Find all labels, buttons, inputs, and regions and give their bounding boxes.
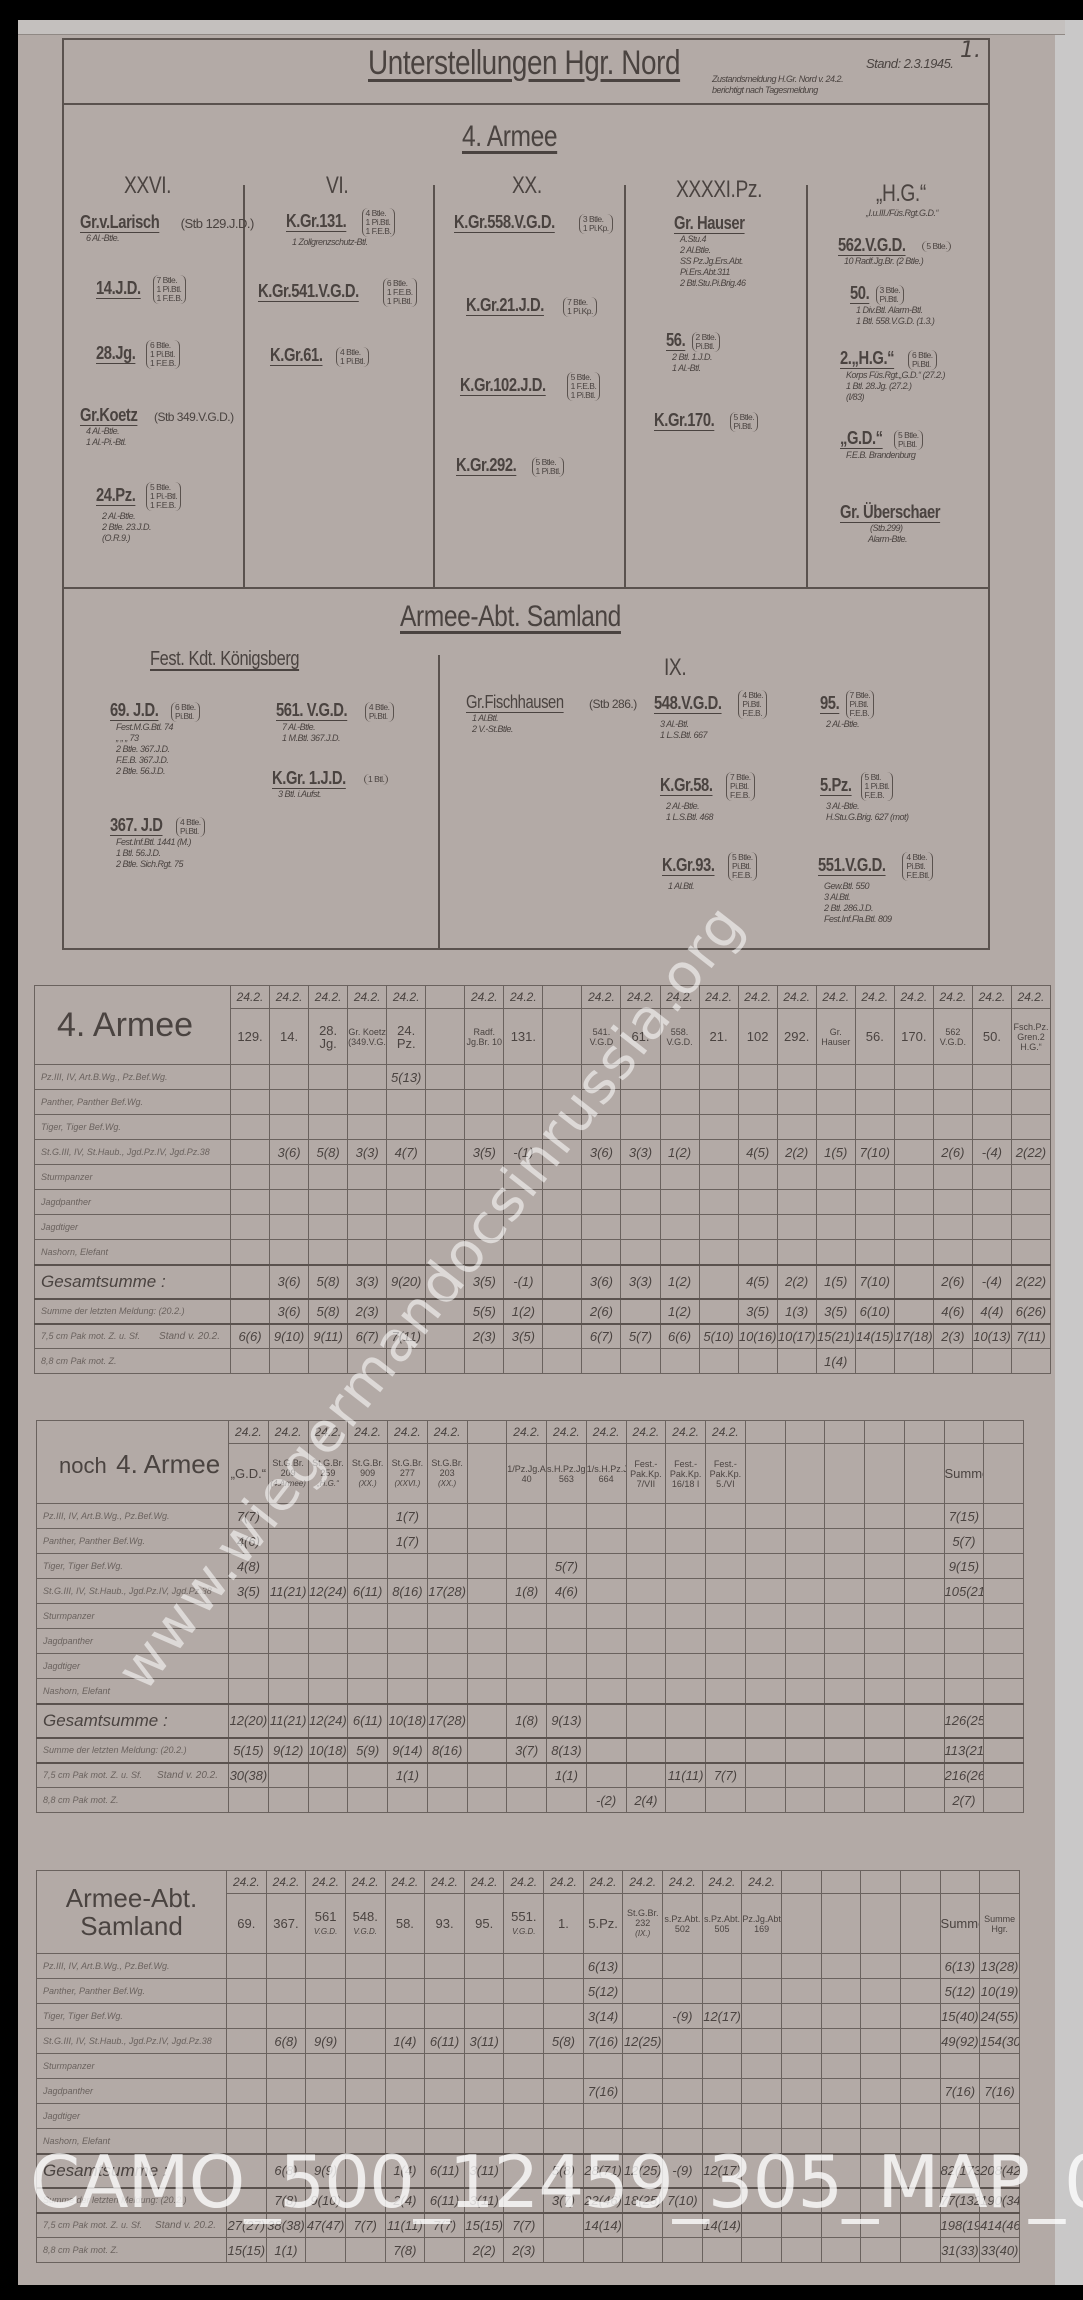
data-cell <box>547 1529 587 1554</box>
data-cell <box>699 1240 738 1265</box>
data-cell <box>229 1679 269 1704</box>
unit-entry: K.Gr.102.J.D.5 Btle.1 F.E.B.1 Pi.Btl. <box>460 372 600 401</box>
data-cell <box>738 1215 777 1240</box>
data-cell <box>821 1954 861 1979</box>
data-cell <box>865 1504 905 1529</box>
data-cell <box>464 2054 504 2079</box>
data-cell: 14(15) <box>855 1324 894 1349</box>
data-cell <box>861 2079 901 2104</box>
data-cell <box>984 1704 1024 1738</box>
data-cell <box>348 1788 388 1813</box>
data-cell: 3(5) <box>816 1299 855 1324</box>
data-cell <box>507 1654 547 1679</box>
column-header: Summe <box>940 1894 980 1954</box>
column-date: 24.2. <box>547 1421 587 1444</box>
table-row: 8,8 cm Pak mot. Z.15(15)1(1)7(8)2(2)2(3)… <box>37 2238 1020 2263</box>
unit-note: 7 Al.-Btle. <box>276 722 394 733</box>
row-label: Panther, Panther Bef.Wg. <box>41 1097 143 1107</box>
column-date: 24.2. <box>425 1871 465 1894</box>
unit-name: Gr.Koetz <box>80 405 137 426</box>
data-cell <box>266 2054 306 2079</box>
row-header: Summe der letzten Meldung: (20.2.) <box>37 1738 229 1763</box>
data-cell <box>821 2054 861 2079</box>
data-cell <box>547 1504 587 1529</box>
scan-ruler-strip <box>18 20 1065 35</box>
data-cell <box>231 1240 270 1265</box>
data-cell <box>904 1529 944 1554</box>
data-cell <box>309 1165 348 1190</box>
column-date: 24.2. <box>583 1871 623 1894</box>
unit-entry: „G.D.“5 Btle.Pi.Btl.F.E.B. Brandenburg <box>840 428 923 461</box>
data-cell <box>785 1704 825 1738</box>
data-cell: 1(7) <box>388 1504 428 1529</box>
data-cell <box>464 2004 504 2029</box>
column-date: 24.2. <box>1011 986 1050 1009</box>
data-cell: 11(21) <box>268 1579 308 1604</box>
bracket-line: F.E.Btl. <box>906 870 929 880</box>
data-cell <box>626 1554 666 1579</box>
data-cell <box>348 1240 387 1265</box>
unit-staff: (Stb 349.V.G.D.) <box>154 410 234 424</box>
data-cell <box>623 2004 663 2029</box>
bracket-line: Pi.Btl. <box>880 294 899 304</box>
data-cell <box>777 1090 816 1115</box>
data-cell <box>544 1979 584 2004</box>
row-header: Pz.III, IV, Art.B.Wg., Pz.Bef.Wg. <box>37 1504 229 1529</box>
data-cell <box>745 1629 785 1654</box>
unit-name: K.Gr.21.J.D. <box>466 295 544 316</box>
data-cell <box>348 1115 387 1140</box>
unit-entry: K.Gr.93.5 Btle.Pi.Btl.F.E.B.1 Al.Btl. <box>662 852 757 892</box>
unit-strength-bracket: 4 Btle.Pi.Btl.F.E.Btl. <box>902 852 933 881</box>
table-row: Gesamtsumme :3(6)5(8)3(3)9(20)3(5)-(1)3(… <box>35 1265 1051 1299</box>
bracket-line: F.E.B. <box>865 790 885 800</box>
unit-strength-bracket: 5 Btle.1 Pi.Btl. <box>532 457 565 477</box>
data-cell <box>626 1629 666 1654</box>
row-label: Sturmpanzer <box>43 1611 95 1621</box>
unit-note: 10 Radf.Jg.Br. (2 Btle.) <box>838 256 951 267</box>
unit-entry: K.Gr.170.5 Btle.Pi.Btl. <box>654 410 758 432</box>
bracket-line: 1 Pi.Btl. <box>536 466 561 476</box>
data-cell <box>586 1504 626 1529</box>
data-cell <box>781 1954 821 1979</box>
data-cell <box>865 1679 905 1704</box>
data-cell: 6(10) <box>855 1299 894 1324</box>
data-cell <box>268 1604 308 1629</box>
data-cell <box>427 1529 467 1554</box>
unit-note: 1 L.S.Btl. 667 <box>654 730 767 741</box>
column-header: St.G.Br. 203(XX.) <box>427 1444 467 1504</box>
unit-note: 2 Btle. 56.J.D. <box>110 766 200 777</box>
unit-strength-bracket: 7 Btle.Pi.Btl.F.E.B. <box>726 772 755 801</box>
data-cell: 10(18) <box>388 1704 428 1738</box>
data-cell: 105(214) <box>944 1579 984 1604</box>
data-cell <box>904 1604 944 1629</box>
bracket-line: Pi.Btl. <box>696 341 715 351</box>
data-cell <box>308 1654 348 1679</box>
data-cell: 4(7) <box>387 1140 426 1165</box>
data-cell <box>544 2054 584 2079</box>
column-name: Summe Hgr. <box>984 1914 1015 1934</box>
data-cell <box>583 2054 623 2079</box>
data-cell: 7(16) <box>583 2079 623 2104</box>
data-cell <box>348 1090 387 1115</box>
data-cell: 1(1) <box>266 2238 306 2263</box>
data-cell <box>777 1349 816 1374</box>
data-cell <box>972 1115 1011 1140</box>
data-cell <box>266 2004 306 2029</box>
column-date <box>785 1421 825 1444</box>
data-cell <box>785 1654 825 1679</box>
data-cell: -(4) <box>972 1265 1011 1299</box>
data-cell <box>861 2029 901 2054</box>
column-header <box>781 1894 821 1954</box>
data-cell <box>855 1090 894 1115</box>
bracket-line: 1 Pi.Btl. <box>571 390 596 400</box>
data-cell <box>984 1529 1024 1554</box>
data-cell <box>547 1679 587 1704</box>
column-date: 24.2. <box>387 986 426 1009</box>
data-cell <box>699 1115 738 1140</box>
data-cell <box>227 2104 267 2129</box>
column-header: 131. <box>504 1009 543 1065</box>
data-cell <box>745 1654 785 1679</box>
data-cell <box>781 2079 821 2104</box>
data-cell <box>738 1115 777 1140</box>
unit-entry: Gr.Fischhausen (Stb 286.)1 Al.Btl.2 V.-S… <box>466 692 637 735</box>
data-cell <box>426 1349 465 1374</box>
unit-note: (Stb.299) <box>840 523 962 534</box>
column-name: Fest.-Pak.Kp. 5./VI <box>710 1459 742 1489</box>
data-cell <box>738 1349 777 1374</box>
data-cell: 3(5) <box>738 1299 777 1324</box>
unit-name: 551.V.G.D. <box>818 855 886 876</box>
data-cell <box>865 1654 905 1679</box>
unit-note: 1 Al.-Pi.-Btl. <box>80 437 234 448</box>
column-header: St.G.Br. 232(IX.) <box>623 1894 663 1954</box>
data-cell <box>821 2238 861 2263</box>
festung-heading: Fest. Kdt. Königsberg <box>150 648 332 671</box>
row-label: St.G.III, IV, St.Haub., Jgd.Pz.IV, Jgd.P… <box>43 2036 212 2046</box>
data-cell <box>309 1090 348 1115</box>
stand-label: Stand v. 20.2. <box>159 1331 220 1342</box>
unit-note: 1 Zollgrenzschutz-Btl. <box>286 237 395 248</box>
row-header: Jagdtiger <box>37 2104 227 2129</box>
row-label: Tiger, Tiger Bef.Wg. <box>41 1122 121 1132</box>
data-cell <box>984 1579 1024 1604</box>
bracket-line: 1 Btl. <box>368 774 384 784</box>
row-header: 8,8 cm Pak mot. Z. <box>37 1788 229 1813</box>
unit-strength-bracket: 7 Btle.1 Pi.Kp. <box>563 297 597 317</box>
data-cell <box>425 1979 465 2004</box>
unit-note: 2 Btle. Sich.Rgt. 75 <box>110 859 205 870</box>
column-date: 24.2. <box>266 1871 306 1894</box>
data-cell <box>865 1788 905 1813</box>
data-cell <box>745 1529 785 1554</box>
bracket-line: Pi.Btl. <box>912 359 931 369</box>
data-cell: 2(6) <box>582 1299 621 1324</box>
data-cell <box>507 1763 547 1788</box>
data-cell <box>582 1349 621 1374</box>
data-cell <box>348 1654 388 1679</box>
column-divider <box>806 185 808 587</box>
data-cell <box>825 1788 865 1813</box>
data-cell: 10(19) <box>980 1979 1020 2004</box>
column-header: Gr. Hauser <box>816 1009 855 1065</box>
unit-note: Korps Füs.Rgt.„G.D.“ (27.2.) <box>840 370 945 381</box>
data-cell: 154(306) <box>980 2029 1020 2054</box>
data-cell <box>345 2238 385 2263</box>
data-cell: 2(3) <box>504 2238 544 2263</box>
data-cell: 6(13) <box>583 1954 623 1979</box>
column-name: 50. <box>983 1029 1001 1044</box>
data-cell <box>345 2054 385 2079</box>
data-cell: 9(13) <box>547 1704 587 1738</box>
table-row: Jagdpanther7(16)7(16)7(16) <box>37 2079 1020 2104</box>
data-cell <box>745 1738 785 1763</box>
column-date <box>821 1871 861 1894</box>
data-cell <box>933 1240 972 1265</box>
data-cell <box>861 1954 901 1979</box>
data-cell <box>1011 1349 1050 1374</box>
unit-entry: K.Gr.541.V.G.D.6 Btle.1 F.E.B.1 Pi.Btl. <box>258 278 417 307</box>
data-cell <box>465 1349 504 1374</box>
data-cell <box>699 1140 738 1165</box>
data-cell <box>306 2238 346 2263</box>
data-cell: 7(11) <box>1011 1324 1050 1349</box>
data-cell <box>385 1979 425 2004</box>
unit-note: (I/83) <box>840 392 945 403</box>
table-title: 4. Armee <box>35 986 231 1065</box>
column-name: 95. <box>475 1916 493 1931</box>
data-cell: 13(28) <box>980 1954 1020 1979</box>
data-cell <box>781 2029 821 2054</box>
table-row: Tiger, Tiger Bef.Wg.3(14)-(9)12(17)15(40… <box>37 2004 1020 2029</box>
data-cell <box>785 1788 825 1813</box>
page-title: Unterstellungen Hgr. Nord <box>368 44 680 83</box>
bracket-line: 1 Pi.Kp. <box>583 223 609 233</box>
corps-heading: XXVI. <box>124 172 171 200</box>
data-cell <box>785 1629 825 1654</box>
table-row: 7,5 cm Pak mot. Z. u. Sf.Stand v. 20.2.3… <box>37 1763 1024 1788</box>
data-cell <box>663 2079 703 2104</box>
bracket-line: 1 Pi.Btl. <box>387 296 412 306</box>
table-row: Jagdtiger <box>37 2104 1020 2129</box>
unit-name: Gr.v.Larisch <box>80 212 159 233</box>
table-row: Pz.III, IV, Art.B.Wg., Pz.Bef.Wg.5(13) <box>35 1065 1051 1090</box>
data-cell <box>426 1115 465 1140</box>
bracket-line: Pi.Btl. <box>180 826 199 836</box>
data-cell <box>348 1529 388 1554</box>
data-cell <box>543 1215 582 1240</box>
data-cell <box>626 1738 666 1763</box>
column-date: 24.2. <box>309 986 348 1009</box>
column-subname: V.G.D. <box>314 1927 337 1936</box>
column-header: 551.V.G.D. <box>504 1894 544 1954</box>
data-cell <box>972 1190 1011 1215</box>
data-cell: 4(4) <box>972 1299 1011 1324</box>
data-cell: 15(40) <box>940 2004 980 2029</box>
column-name: St.G.Br. 909 <box>352 1458 384 1478</box>
corps-heading: XXXXI.Pz. <box>676 176 762 204</box>
data-cell <box>742 1979 782 2004</box>
row-label: Summe der letzten Meldung: (20.2.) <box>41 1306 185 1316</box>
data-cell <box>309 1065 348 1090</box>
data-cell: 3(14) <box>583 2004 623 2029</box>
data-cell <box>742 2238 782 2263</box>
unit-note: 2 Btl.Stu.Pi.Brig.46 <box>674 278 760 289</box>
data-cell: 5(8) <box>309 1299 348 1324</box>
data-cell <box>894 1065 933 1090</box>
data-cell: 5(9) <box>348 1738 388 1763</box>
data-cell <box>984 1504 1024 1529</box>
row-label: 7,5 cm Pak mot. Z. u. Sf. <box>43 1770 142 1780</box>
data-cell <box>825 1763 865 1788</box>
data-cell: 6(11) <box>348 1704 388 1738</box>
data-cell <box>345 1954 385 1979</box>
column-date <box>543 986 582 1009</box>
data-cell: 1(5) <box>816 1265 855 1299</box>
data-cell: 8(13) <box>547 1738 587 1763</box>
data-cell <box>738 1090 777 1115</box>
row-label: Jagdtiger <box>41 1222 78 1232</box>
column-subname: (IX.) <box>635 1929 650 1938</box>
data-cell <box>227 1979 267 2004</box>
data-cell <box>348 1679 388 1704</box>
row-label: Jagdpanther <box>41 1197 91 1207</box>
data-cell <box>666 1504 706 1529</box>
unit-name: 562.V.G.D. <box>838 235 906 256</box>
data-cell <box>268 1763 308 1788</box>
unit-note: 2 Al.-Btle. <box>96 511 181 522</box>
data-cell <box>348 1604 388 1629</box>
table-row: Nashorn, Elefant <box>35 1240 1051 1265</box>
data-cell <box>816 1165 855 1190</box>
data-cell: 6(6) <box>660 1324 699 1349</box>
unit-name: 24.Pz. <box>96 485 135 506</box>
row-label: Gesamtsumme : <box>41 1272 166 1291</box>
data-cell: 8(16) <box>427 1738 467 1763</box>
data-cell <box>425 1954 465 1979</box>
column-name: 551. <box>511 1909 536 1924</box>
data-cell <box>626 1704 666 1738</box>
unit-note: 6 Al.-Btle. <box>80 233 254 244</box>
unit-note: F.E.B. Brandenburg <box>840 450 923 461</box>
row-label: Tiger, Tiger Bef.Wg. <box>43 1561 123 1571</box>
corps-heading: XX. <box>512 172 542 200</box>
data-cell: 5(7) <box>944 1529 984 1554</box>
data-cell <box>427 1604 467 1629</box>
data-cell <box>781 2238 821 2263</box>
data-cell <box>781 1979 821 2004</box>
unit-name: Fest. Kdt. Königsberg <box>150 648 299 671</box>
data-cell <box>623 2079 663 2104</box>
unit-entry: 548.V.G.D.4 Btle.Pi.Btl.F.E.B.3 Al.-Btl.… <box>654 690 767 741</box>
data-cell <box>426 1165 465 1190</box>
data-cell <box>345 2079 385 2104</box>
data-cell <box>865 1554 905 1579</box>
unit-entry: 2.„H.G.“6 Btle.Pi.Btl.Korps Füs.Rgt.„G.D… <box>840 348 945 403</box>
column-header: Pz.Jg.Abt. 169 <box>742 1894 782 1954</box>
watermark-archive-id: CAMO_500_12459_305_MAP_0001 <box>30 2140 1083 2224</box>
column-name: 5.Pz. <box>588 1916 618 1931</box>
data-cell: 3(6) <box>270 1140 309 1165</box>
row-label: Panther, Panther Bef.Wg. <box>43 1536 145 1546</box>
data-cell <box>745 1504 785 1529</box>
column-header: 548.V.G.D. <box>345 1894 385 1954</box>
data-cell <box>231 1115 270 1140</box>
row-label: Gesamtsumme : <box>43 1711 168 1730</box>
data-cell <box>626 1529 666 1554</box>
column-name: Gr. Hauser <box>821 1027 850 1047</box>
data-cell <box>1011 1190 1050 1215</box>
data-cell <box>229 1629 269 1654</box>
unit-strength-bracket: 7 Btle.1 Pi.Btl.1 F.E.B. <box>153 275 187 304</box>
unit-strength-bracket: 5 Btle.1 F.E.B.1 Pi.Btl. <box>567 372 601 401</box>
data-cell <box>543 1349 582 1374</box>
unit-name: 5.Pz. <box>820 775 852 796</box>
data-cell <box>387 1190 426 1215</box>
data-cell <box>308 1629 348 1654</box>
bracket-line: 1 F.E.B. <box>157 293 183 303</box>
column-date: 24.2. <box>270 986 309 1009</box>
data-cell <box>663 1954 703 1979</box>
data-cell <box>268 1679 308 1704</box>
table-row: Pz.III, IV, Art.B.Wg., Pz.Bef.Wg.7(7)1(7… <box>37 1504 1024 1529</box>
column-date <box>745 1421 785 1444</box>
data-cell <box>821 2004 861 2029</box>
data-cell <box>427 1679 467 1704</box>
data-cell <box>785 1579 825 1604</box>
corps-heading: VI. <box>326 172 348 200</box>
column-header: 14. <box>270 1009 309 1065</box>
data-cell <box>388 1654 428 1679</box>
data-cell <box>623 1979 663 2004</box>
data-cell: -(4) <box>972 1140 1011 1165</box>
row-label: Jagdpanther <box>43 2086 93 2096</box>
data-cell <box>270 1065 309 1090</box>
unit-name: K.Gr.58. <box>660 775 713 796</box>
unit-name: K.Gr.102.J.D. <box>460 375 546 396</box>
data-cell <box>861 2238 901 2263</box>
data-cell: -(9) <box>663 2004 703 2029</box>
data-cell <box>816 1240 855 1265</box>
column-header: Gr. Koetz (349.V.G.D.) <box>348 1009 387 1065</box>
data-cell <box>504 2054 544 2079</box>
data-cell: 3(3) <box>348 1265 387 1299</box>
unit-entry: K.Gr.58.7 Btle.Pi.Btl.F.E.B.2 Al.-Btle.1… <box>660 772 755 823</box>
data-cell <box>785 1763 825 1788</box>
unit-note: 2 Btle. 23.J.D. <box>96 522 181 533</box>
data-cell <box>777 1115 816 1140</box>
column-header: 129. <box>231 1009 270 1065</box>
unit-entry: 95.7 Btle.Pi.Btl.F.E.B.2 Al.-Btle. <box>820 690 874 730</box>
data-cell <box>621 1299 660 1324</box>
data-cell <box>586 1529 626 1554</box>
data-cell <box>467 1529 507 1554</box>
column-date: 24.2. <box>933 986 972 1009</box>
column-header: 69. <box>227 1894 267 1954</box>
data-cell: 30(38) <box>229 1763 269 1788</box>
table-row: Gesamtsumme :12(20)11(21)12(24)6(11)10(1… <box>37 1704 1024 1738</box>
data-cell <box>425 2054 465 2079</box>
column-header: Radf. Jg.Br. 10 <box>465 1009 504 1065</box>
data-cell <box>900 2104 940 2129</box>
data-cell <box>865 1529 905 1554</box>
data-cell <box>933 1065 972 1090</box>
data-cell <box>900 1979 940 2004</box>
data-cell <box>464 2104 504 2129</box>
